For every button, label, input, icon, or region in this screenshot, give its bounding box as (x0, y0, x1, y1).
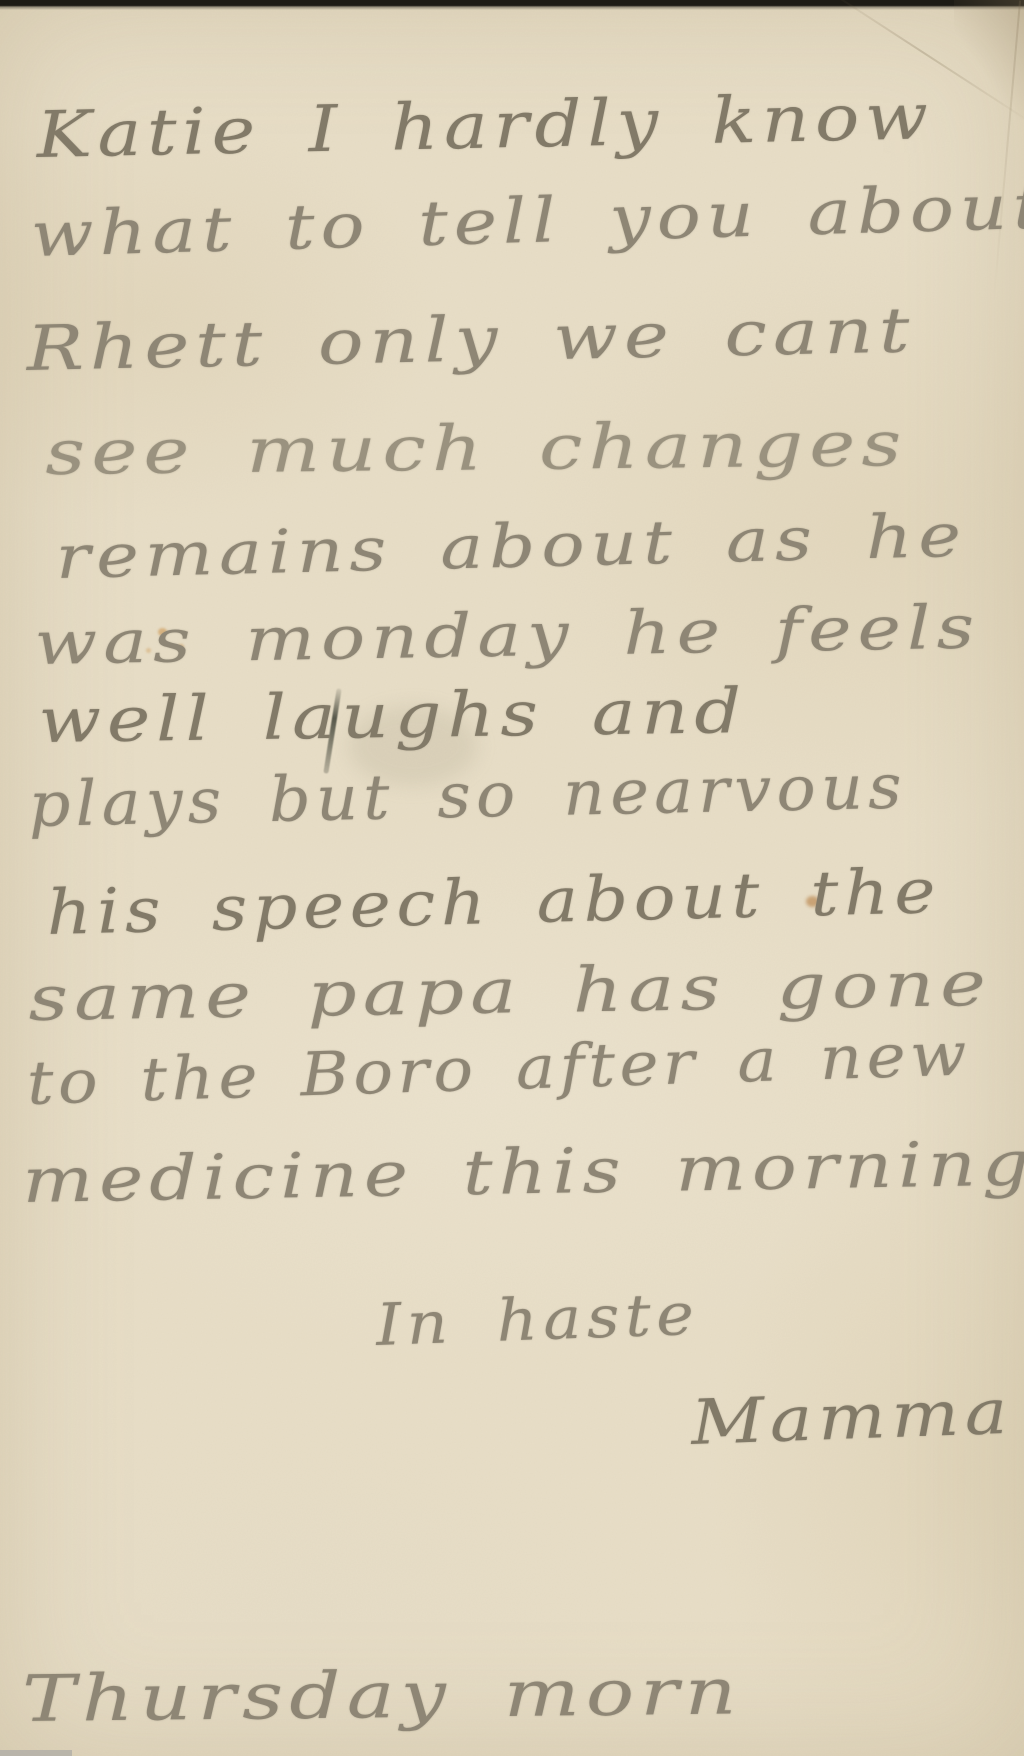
handwritten-line-10: same papa has gone (28, 953, 992, 1030)
handwritten-line-4: see much changes (45, 413, 908, 484)
scanned-letter: Katie I hardly know what to tell you abo… (0, 0, 1024, 1756)
handwritten-line-12: medicine this morning (22, 1132, 1024, 1212)
scan-edge-bottom (0, 1750, 72, 1756)
signature: Mamma (690, 1381, 1014, 1454)
closing-line: In haste (375, 1285, 700, 1354)
handwritten-line-7: well laughs and (38, 680, 747, 752)
handwritten-line-1: Katie I hardly know (36, 85, 934, 168)
handwritten-line-3: Rhett only we cant (26, 299, 916, 380)
handwritten-line-8: plays but so nearvous (28, 756, 907, 836)
dateline: Thursday morn (22, 1660, 743, 1732)
handwritten-line-6: was monday he feels (34, 597, 981, 673)
scan-edge-top (0, 0, 1024, 10)
